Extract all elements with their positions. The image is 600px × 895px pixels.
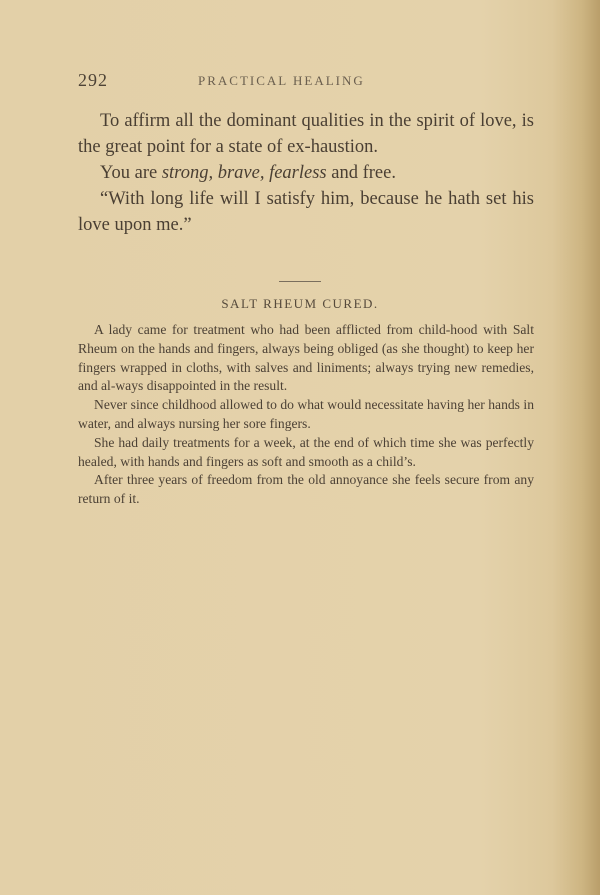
section-title: SALT RHEUM CURED. <box>0 296 600 312</box>
paragraph: After three years of freedom from the ol… <box>78 471 534 509</box>
paragraph: To affirm all the dominant qualities in … <box>78 108 534 160</box>
page-header: 292 PRACTICAL HEALING <box>78 70 528 94</box>
affirmation-word-brave: brave <box>218 163 260 183</box>
scripture-quote: “With long life will I satisfy him, beca… <box>78 186 534 238</box>
page-number: 292 <box>78 70 108 91</box>
affirmation-prefix: You are <box>100 163 162 183</box>
upper-text-block: To affirm all the dominant qualities in … <box>78 108 534 238</box>
section-divider <box>279 281 321 282</box>
affirmation-sep: , <box>260 163 269 183</box>
affirmation-paragraph: You are strong, brave, fearless and free… <box>78 160 534 186</box>
paragraph: She had daily treatments for a week, at … <box>78 434 534 472</box>
paragraph: A lady came for treatment who had been a… <box>78 321 534 396</box>
book-page: 292 PRACTICAL HEALING To affirm all the … <box>0 0 600 895</box>
affirmation-sep: , <box>208 163 217 183</box>
affirmation-suffix: and free. <box>327 163 396 183</box>
running-title: PRACTICAL HEALING <box>198 73 365 89</box>
paragraph: Never since childhood allowed to do what… <box>78 396 534 434</box>
affirmation-word-fearless: fearless <box>269 163 327 183</box>
affirmation-word-strong: strong <box>162 163 209 183</box>
case-text-block: A lady came for treatment who had been a… <box>78 321 534 509</box>
